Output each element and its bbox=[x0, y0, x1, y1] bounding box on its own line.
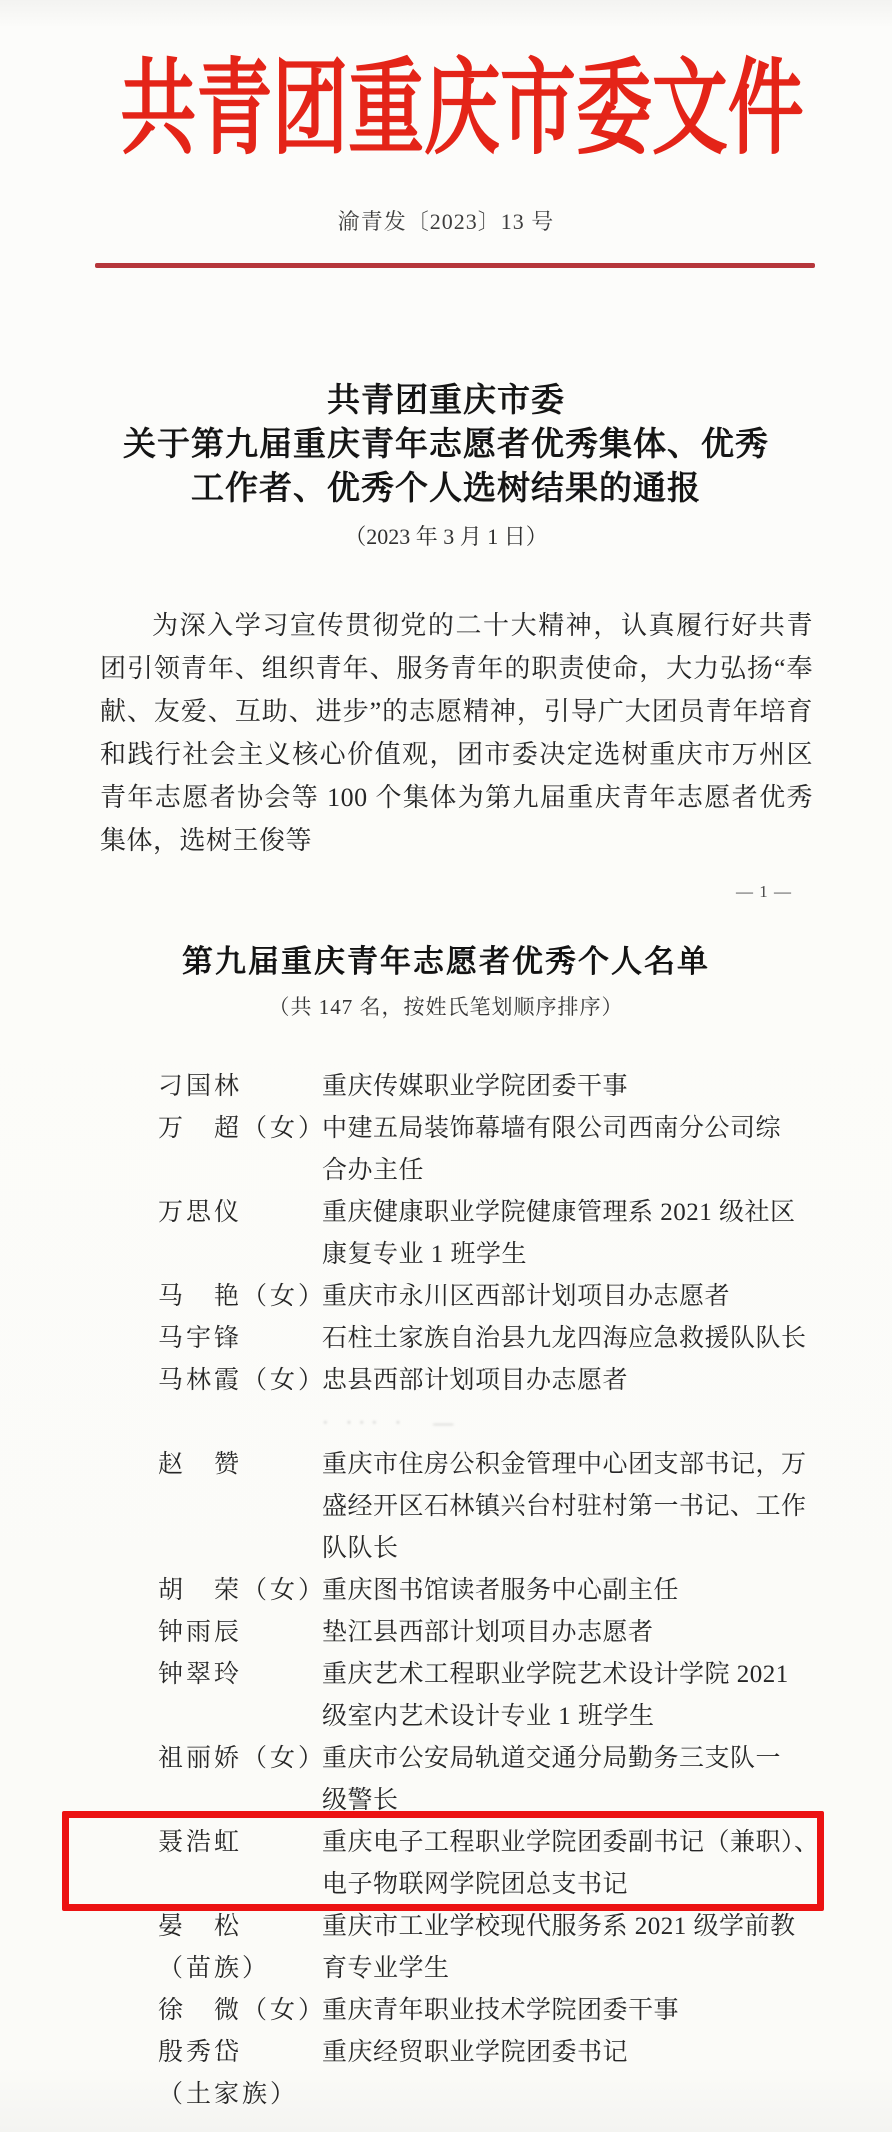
person-name-line: 万思仪 bbox=[158, 1192, 322, 1234]
person-role-line: · ··· · — bbox=[322, 1402, 816, 1444]
person-name: 聂浩虹 bbox=[158, 1822, 322, 1906]
person-role-line: 重庆图书馆读者服务中心副主任 bbox=[322, 1570, 816, 1612]
person-name-line: 刁国林 bbox=[158, 1066, 322, 1108]
person-role-line: 中建五局装饰幕墙有限公司西南分公司综 bbox=[322, 1108, 816, 1150]
person-role: 重庆经贸职业学院团委书记 bbox=[322, 2032, 816, 2116]
document-title-line-1: 共青团重庆市委 bbox=[0, 379, 892, 423]
person-role: 垫江县西部计划项目办志愿者 bbox=[322, 1612, 816, 1654]
person-name: 钟雨辰 bbox=[158, 1612, 322, 1654]
roster-subtitle: （共 147 名，按姓氏笔划顺序排序） bbox=[0, 991, 892, 1021]
roster-row: 刁国林重庆传媒职业学院团委干事 bbox=[0, 1066, 892, 1108]
document-date: （2023 年 3 月 1 日） bbox=[0, 520, 892, 551]
person-role: 重庆图书馆读者服务中心副主任 bbox=[322, 1570, 816, 1612]
roster-row: 钟雨辰垫江县西部计划项目办志愿者 bbox=[0, 1612, 892, 1654]
person-role: 重庆艺术工程职业学院艺术设计学院 2021级室内艺术设计专业 1 班学生 bbox=[322, 1654, 816, 1738]
person-role: 重庆电子工程职业学院团委副书记（兼职）、电子物联网学院团总支书记 bbox=[322, 1822, 820, 1906]
letterhead-title: 共青团重庆市委文件 bbox=[120, 52, 771, 168]
person-role: 重庆市永川区西部计划项目办志愿者 bbox=[322, 1276, 816, 1318]
person-name-line: （土家族） bbox=[158, 2074, 322, 2116]
person-role-line: 育专业学生 bbox=[322, 1948, 816, 1990]
person-role-line: 重庆市住房公积金管理中心团支部书记，万 bbox=[322, 1444, 816, 1486]
person-name-line: 胡 荣（女） bbox=[158, 1570, 322, 1612]
person-role: 重庆市住房公积金管理中心团支部书记，万盛经开区石林镇兴台村驻村第一书记、工作队队… bbox=[322, 1444, 816, 1570]
person-name-line: 钟雨辰 bbox=[158, 1612, 322, 1654]
person-name-line: 马林霞（女） bbox=[158, 1360, 322, 1402]
person-role-line: 忠县西部计划项目办志愿者 bbox=[322, 1360, 816, 1402]
person-name: 祖丽娇（女） bbox=[158, 1738, 322, 1822]
person-role-line: 重庆市公安局轨道交通分局勤务三支队一 bbox=[322, 1738, 816, 1780]
person-name-line bbox=[158, 1402, 322, 1444]
person-role-line: 重庆经贸职业学院团委书记 bbox=[322, 2032, 816, 2074]
person-name: 晏 松（苗族） bbox=[158, 1906, 322, 1990]
person-role-line: 重庆传媒职业学院团委干事 bbox=[322, 1066, 816, 1108]
roster-row: 徐 微（女）重庆青年职业技术学院团委干事 bbox=[0, 1990, 892, 2032]
roster-row: 马 艳（女）重庆市永川区西部计划项目办志愿者 bbox=[0, 1276, 892, 1318]
person-role-line: 级警长 bbox=[322, 1780, 816, 1822]
person-name-line: 钟翠玲 bbox=[158, 1654, 322, 1696]
person-name-line: 马宇锋 bbox=[158, 1318, 322, 1360]
roster-list: 刁国林重庆传媒职业学院团委干事万 超（女）中建五局装饰幕墙有限公司西南分公司综合… bbox=[0, 1066, 892, 2116]
person-name: 万思仪 bbox=[158, 1192, 322, 1276]
person-name: 赵 赞 bbox=[158, 1444, 322, 1570]
person-role: 重庆市工业学校现代服务系 2021 级学前教育专业学生 bbox=[322, 1906, 816, 1990]
person-role: 忠县西部计划项目办志愿者 bbox=[322, 1360, 816, 1402]
person-name-line: 赵 赞 bbox=[158, 1444, 322, 1486]
person-role-line: 重庆青年职业技术学院团委干事 bbox=[322, 1990, 816, 2032]
roster-row: 祖丽娇（女）重庆市公安局轨道交通分局勤务三支队一级警长 bbox=[0, 1738, 892, 1822]
person-role-line: 重庆电子工程职业学院团委副书记（兼职）、 bbox=[322, 1822, 820, 1864]
person-role: 重庆健康职业学院健康管理系 2021 级社区康复专业 1 班学生 bbox=[322, 1192, 816, 1276]
roster-row: 万思仪重庆健康职业学院健康管理系 2021 级社区康复专业 1 班学生 bbox=[0, 1192, 892, 1276]
person-role-line: 队队长 bbox=[322, 1528, 816, 1570]
person-name-line: 万 超（女） bbox=[158, 1108, 322, 1150]
person-name: 马宇锋 bbox=[158, 1318, 322, 1360]
person-name: 刁国林 bbox=[158, 1066, 322, 1108]
roster-title: 第九届重庆青年志愿者优秀个人名单 bbox=[0, 936, 892, 981]
person-role-line: 重庆艺术工程职业学院艺术设计学院 2021 bbox=[322, 1654, 816, 1696]
person-name-line: 聂浩虹 bbox=[158, 1822, 322, 1864]
document-title-line-3: 工作者、优秀个人选树结果的通报 bbox=[0, 467, 892, 511]
roster-row: 胡 荣（女）重庆图书馆读者服务中心副主任 bbox=[0, 1570, 892, 1612]
roster-row: 马宇锋石柱土家族自治县九龙四海应急救援队队长 bbox=[0, 1318, 892, 1360]
document-title: 共青团重庆市委 关于第九届重庆青年志愿者优秀集体、优秀 工作者、优秀个人选树结果… bbox=[0, 379, 892, 511]
person-role: 重庆市公安局轨道交通分局勤务三支队一级警长 bbox=[322, 1738, 816, 1822]
person-name: 万 超（女） bbox=[158, 1108, 322, 1192]
roster-row: 钟翠玲重庆艺术工程职业学院艺术设计学院 2021级室内艺术设计专业 1 班学生 bbox=[0, 1654, 892, 1738]
person-role: 中建五局装饰幕墙有限公司西南分公司综合办主任 bbox=[322, 1108, 816, 1192]
person-name-line: 徐 微（女） bbox=[158, 1990, 322, 2032]
person-role-line: 合办主任 bbox=[322, 1150, 816, 1192]
person-name-line: （苗族） bbox=[158, 1948, 322, 1990]
person-name-line: 祖丽娇（女） bbox=[158, 1738, 322, 1780]
page-number: — 1 — bbox=[0, 882, 892, 902]
person-name-line: 晏 松 bbox=[158, 1906, 322, 1948]
roster-row: 赵 赞重庆市住房公积金管理中心团支部书记，万盛经开区石林镇兴台村驻村第一书记、工… bbox=[0, 1444, 892, 1570]
person-name: 胡 荣（女） bbox=[158, 1570, 322, 1612]
body-paragraph: 为深入学习宣传贯彻党的二十大精神，认真履行好共青团引领青年、组织青年、服务青年的… bbox=[100, 604, 813, 862]
person-name: 马林霞（女） bbox=[158, 1360, 322, 1402]
roster-faded-artifact-row: · ··· · — bbox=[0, 1402, 892, 1444]
person-role-line: 垫江县西部计划项目办志愿者 bbox=[322, 1612, 816, 1654]
person-role-line: 级室内艺术设计专业 1 班学生 bbox=[322, 1696, 816, 1738]
roster-row: 聂浩虹重庆电子工程职业学院团委副书记（兼职）、电子物联网学院团总支书记 bbox=[0, 1822, 892, 1906]
person-role: · ··· · — bbox=[322, 1402, 816, 1444]
person-role-line: 石柱土家族自治县九龙四海应急救援队队长 bbox=[322, 1318, 816, 1360]
roster-row: 马林霞（女）忠县西部计划项目办志愿者 bbox=[0, 1360, 892, 1402]
document-number: 渝青发〔2023〕13 号 bbox=[0, 205, 892, 236]
roster-row: 殷秀岱（土家族）重庆经贸职业学院团委书记 bbox=[0, 2032, 892, 2116]
person-name: 徐 微（女） bbox=[158, 1990, 322, 2032]
roster-row: 万 超（女）中建五局装饰幕墙有限公司西南分公司综合办主任 bbox=[0, 1108, 892, 1192]
document-title-line-2: 关于第九届重庆青年志愿者优秀集体、优秀 bbox=[0, 423, 892, 467]
person-name-line: 马 艳（女） bbox=[158, 1276, 322, 1318]
person-role-line: 电子物联网学院团总支书记 bbox=[322, 1864, 820, 1906]
person-role-line: 重庆健康职业学院健康管理系 2021 级社区 bbox=[322, 1192, 816, 1234]
person-role-line: 重庆市工业学校现代服务系 2021 级学前教 bbox=[322, 1906, 816, 1948]
person-role: 重庆传媒职业学院团委干事 bbox=[322, 1066, 816, 1108]
person-name bbox=[158, 1402, 322, 1444]
person-role-line: 康复专业 1 班学生 bbox=[322, 1234, 816, 1276]
person-name-line: 殷秀岱 bbox=[158, 2032, 322, 2074]
person-role: 石柱土家族自治县九龙四海应急救援队队长 bbox=[322, 1318, 816, 1360]
person-name: 马 艳（女） bbox=[158, 1276, 322, 1318]
person-name: 殷秀岱（土家族） bbox=[158, 2032, 322, 2116]
person-role: 重庆青年职业技术学院团委干事 bbox=[322, 1990, 816, 2032]
letterhead-divider-rule bbox=[95, 263, 815, 268]
person-role-line: 盛经开区石林镇兴台村驻村第一书记、工作 bbox=[322, 1486, 816, 1528]
person-role-line: 重庆市永川区西部计划项目办志愿者 bbox=[322, 1276, 816, 1318]
person-name: 钟翠玲 bbox=[158, 1654, 322, 1738]
roster-row: 晏 松（苗族）重庆市工业学校现代服务系 2021 级学前教育专业学生 bbox=[0, 1906, 892, 1990]
